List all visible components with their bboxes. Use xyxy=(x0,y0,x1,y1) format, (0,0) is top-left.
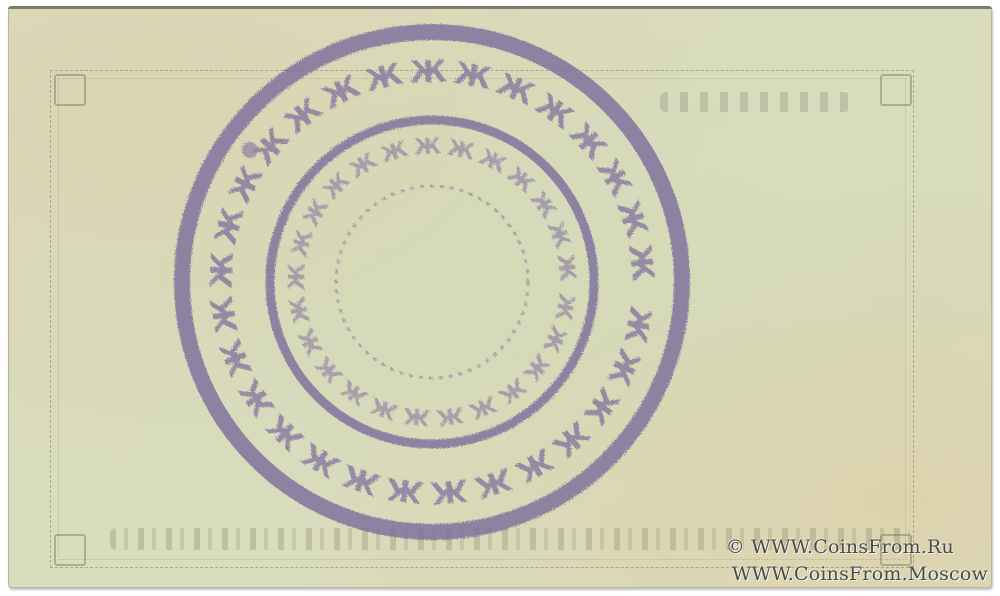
corner-ornament-top-right xyxy=(880,74,912,106)
watermark-line-2: WWW.CoinsFrom.Moscow xyxy=(732,563,988,585)
watermark-line-1: © WWW.CoinsFrom.Ru xyxy=(726,536,954,558)
stamp-outer-ring xyxy=(182,32,682,532)
stamp-inner-ring xyxy=(336,186,528,378)
corner-ornament-top-left xyxy=(54,74,86,106)
stamp-middle-ring xyxy=(270,120,594,444)
corner-ornament-bottom-left xyxy=(54,534,86,566)
purple-seal-stamp: ЖЖЖЖЖЖЖЖЖЖЖЖЖЖЖЖЖЖЖЖЖЖЖЖЖЖЖЖЖЖ ЖЖЖЖЖЖЖЖЖ… xyxy=(168,18,696,546)
stamp-dot xyxy=(242,142,258,158)
